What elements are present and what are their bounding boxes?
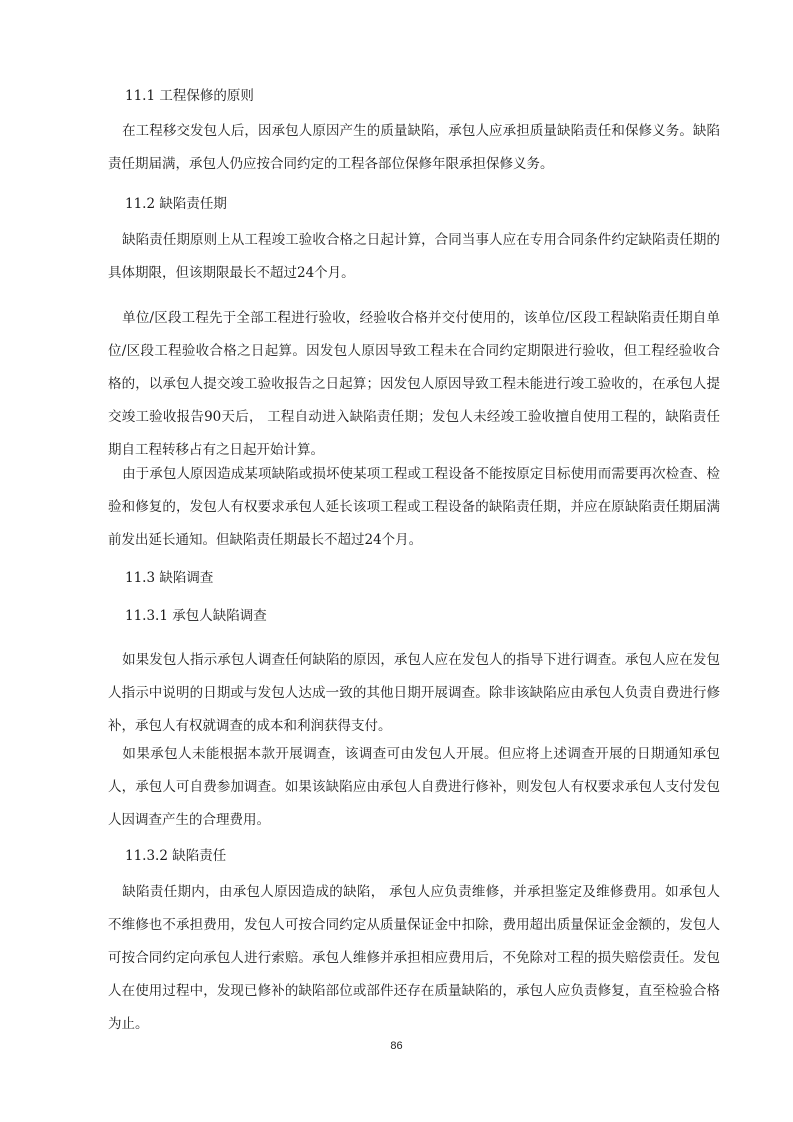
paragraph: 由于承包人原因造成某项缺陷或损坏使某项工程或工程设备不能按原定目标使用而需要再次… [108, 458, 720, 557]
paragraph: 如果承包人未能根据本款开展调查，该调查可由发包人开展。但应将上述调查开展的日期通… [108, 738, 720, 837]
paragraph: 缺陷责任期内，由承包人原因造成的缺陷， 承包人应负责维修，并承担鉴定及维修费用。… [108, 876, 720, 1041]
paragraph: 如果发包人指示承包人调查任何缺陷的原因，承包人应在发包人的指导下进行调查。承包人… [108, 644, 720, 743]
section-heading-11-3-2: 11.3.2 缺陷责任 [125, 846, 226, 866]
section-heading-11-2: 11.2 缺陷责任期 [125, 194, 227, 214]
paragraph: 缺陷责任期原则上从工程竣工验收合格之日起计算，合同当事人应在专用合同条件约定缺陷… [108, 224, 720, 290]
paragraph: 在工程移交发包人后，因承包人原因产生的质量缺陷，承包人应承担质量缺陷责任和保修义… [108, 115, 720, 181]
section-heading-11-1: 11.1 工程保修的原则 [125, 86, 254, 106]
page-number: 86 [0, 1040, 793, 1052]
section-heading-11-3: 11.3 缺陷调查 [125, 568, 213, 588]
paragraph: 单位/区段工程先于全部工程进行验收，经验收合格并交付使用的，该单位/区段工程缺陷… [108, 302, 720, 467]
section-heading-11-3-1: 11.3.1 承包人缺陷调查 [125, 606, 267, 626]
